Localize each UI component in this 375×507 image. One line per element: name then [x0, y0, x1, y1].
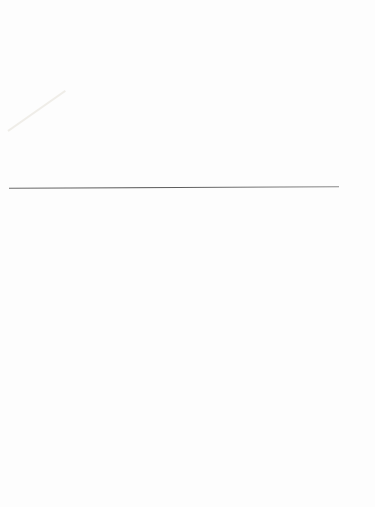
- row-website: [10, 323, 58, 337]
- row-format: [10, 371, 58, 385]
- row-book-title: [10, 196, 58, 210]
- top-divider: [9, 186, 339, 189]
- row-author: [10, 226, 58, 240]
- row-word-count: [10, 403, 58, 417]
- copyright-page: [0, 0, 375, 507]
- row-printer: [10, 355, 58, 369]
- row-cover-design: [10, 258, 58, 272]
- row-edition: [10, 419, 58, 433]
- paper-smudge: [7, 90, 65, 132]
- row-distributor: [10, 339, 58, 353]
- row-postcode: [10, 307, 58, 321]
- row-sheets: [10, 387, 58, 401]
- row-publisher: [10, 276, 58, 290]
- row-address: [10, 291, 58, 305]
- row-isbn: [10, 434, 58, 448]
- row-editor: [10, 241, 58, 255]
